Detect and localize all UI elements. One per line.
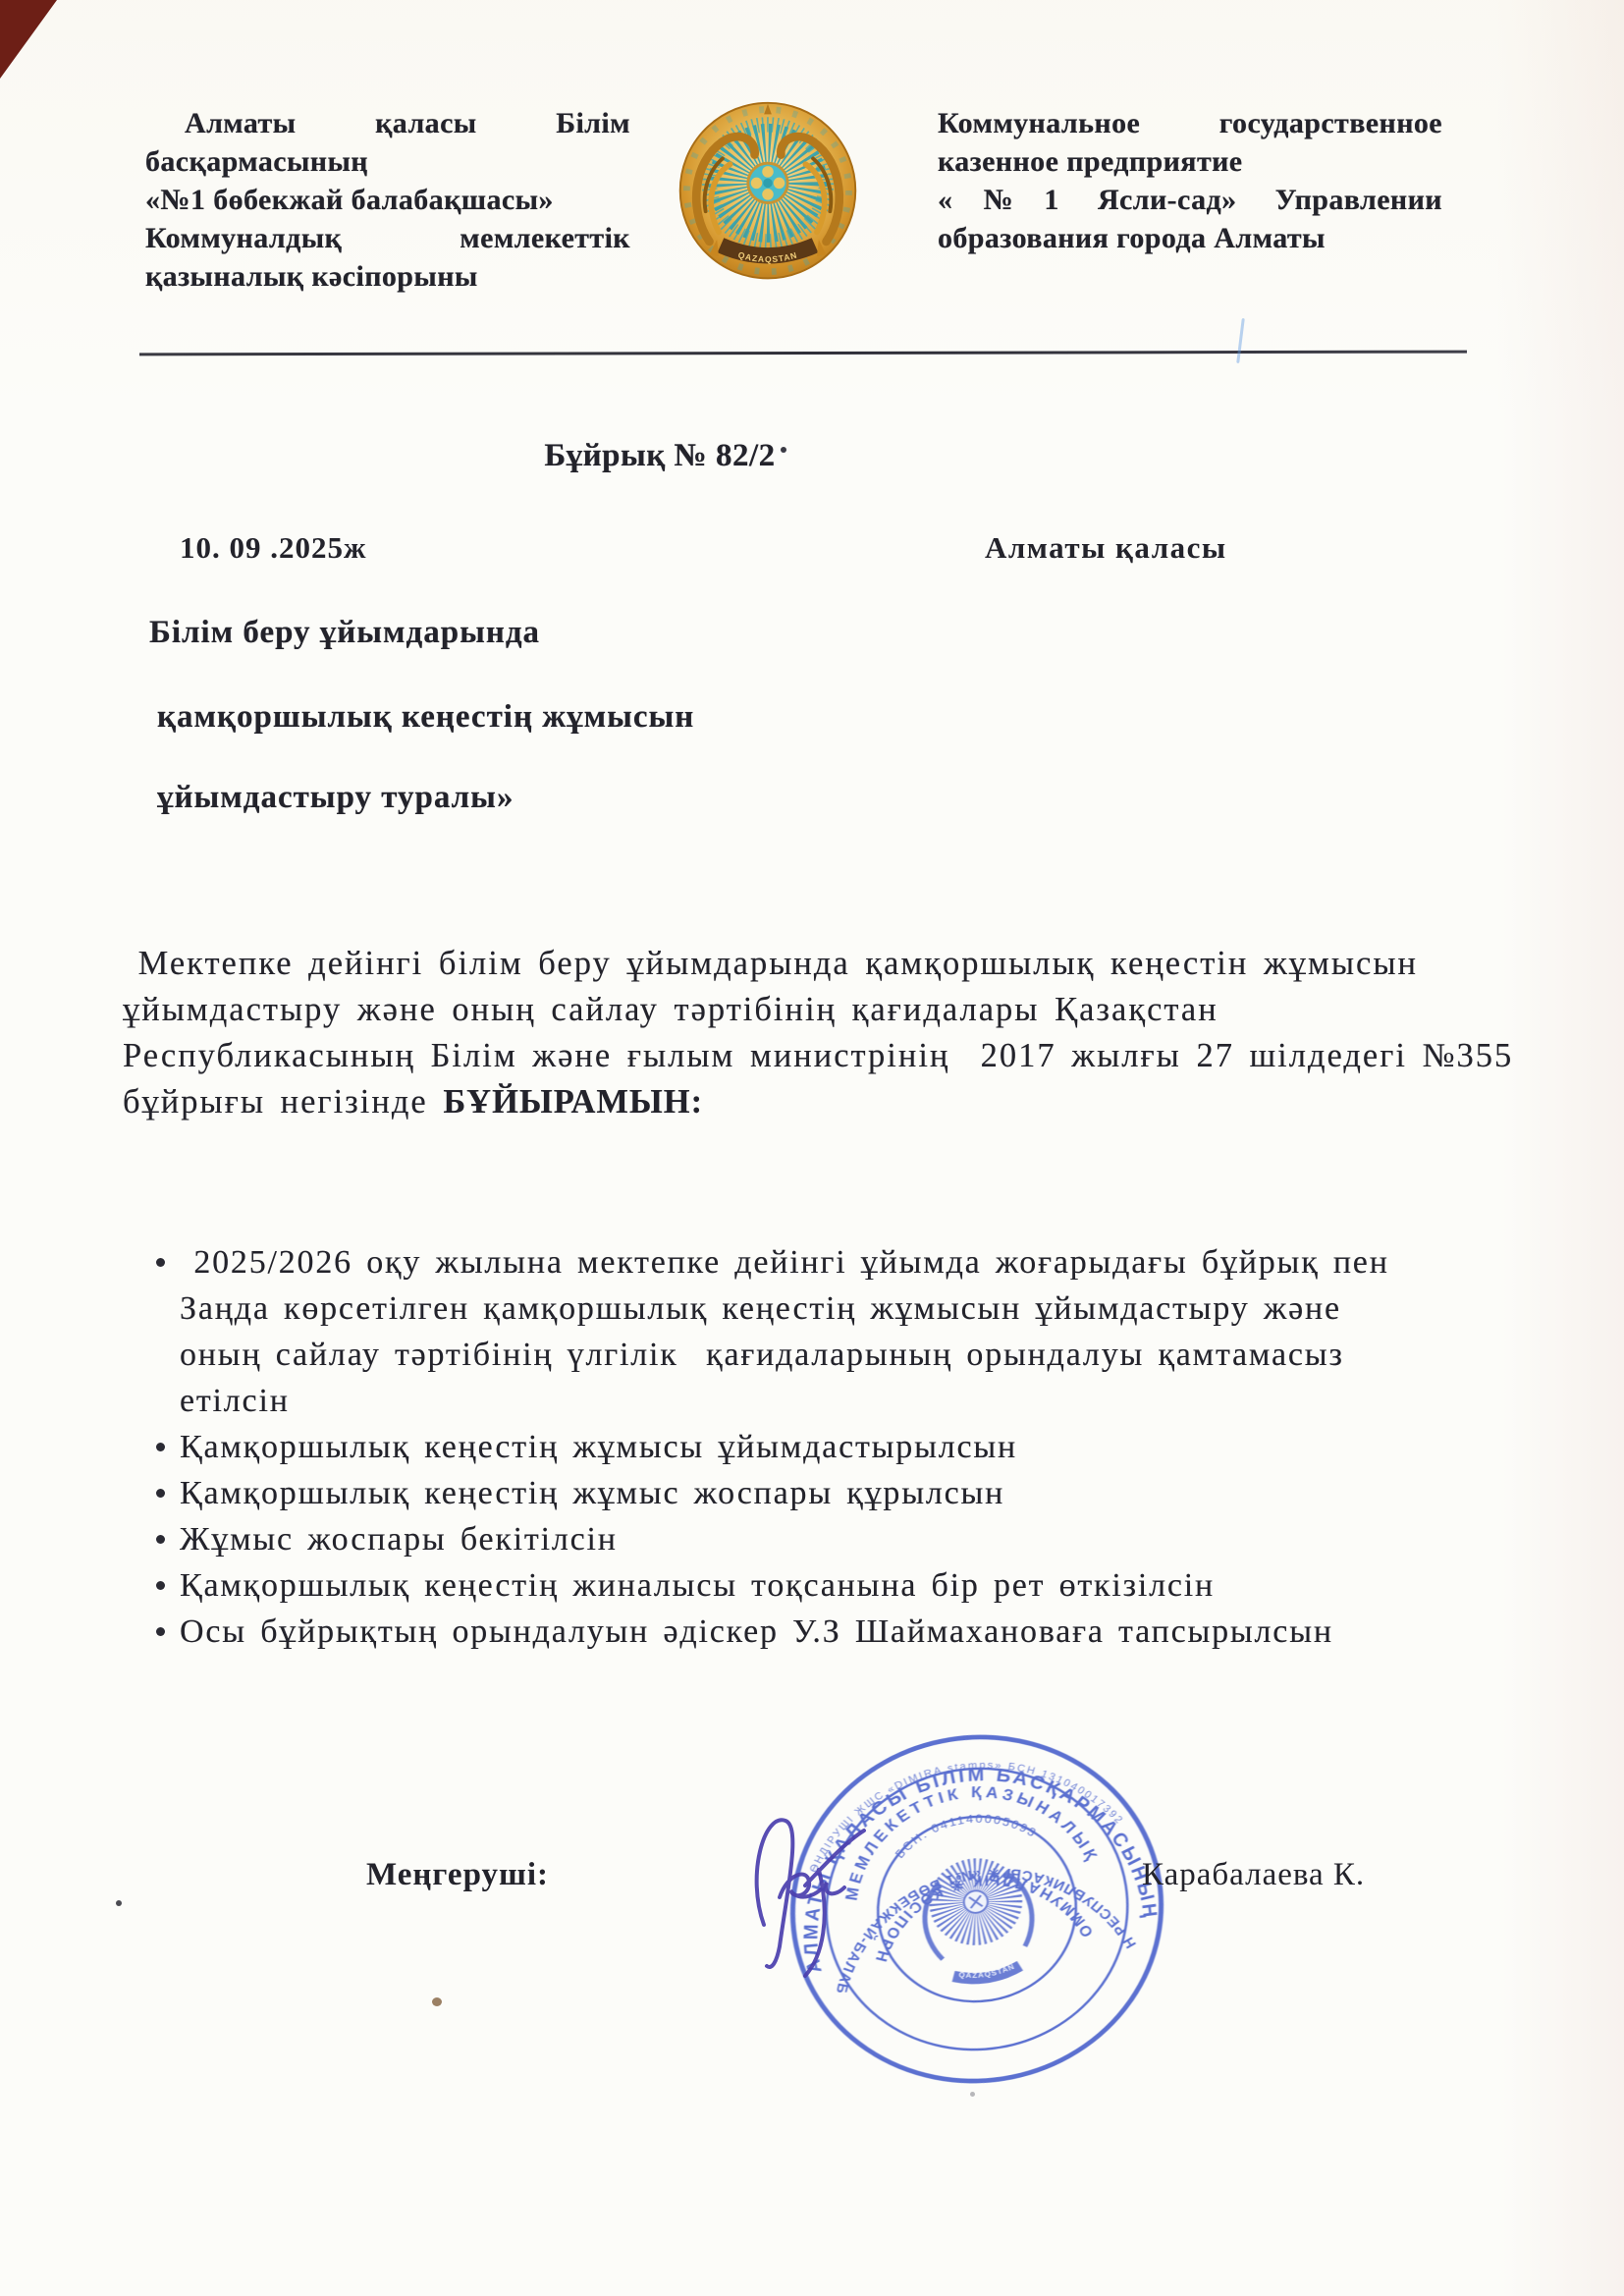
list-item: Қамқоршылық кеңестің жұмыс жоспары құрыл… [123, 1470, 1527, 1516]
kazakhstan-coat-of-arms-icon: QAZAQSTAN [674, 96, 862, 289]
list-item: Қамқоршылық кеңестің жиналысы тоқсанына … [123, 1562, 1527, 1609]
order-items-list: 2025/2026 оқу жылына мектепке дейінгі ұй… [123, 1239, 1527, 1655]
order-keyword: БҰЙЫРАМЫН: [443, 1083, 703, 1121]
bullet-icon [156, 1627, 165, 1636]
handwritten-signature-ink [734, 1799, 950, 1995]
scanned-order-document: Алматы қаласы Білім басқармасының «№1 бө… [0, 0, 1624, 2296]
order-preamble: Мектепке дейінгі білім беру ұйымдарында … [123, 941, 1527, 1125]
scan-pen-scratch [1236, 318, 1245, 363]
org-line: Коммуналдық мемлекеттік [145, 219, 630, 257]
org-line: Алматы қаласы Білім [145, 104, 630, 142]
order-subject-line: Білім беру ұйымдарында [149, 615, 540, 651]
order-subject-line: қамқоршылық кеңестің жұмысын [157, 699, 694, 736]
preamble-line: ұйымдастыру және оның сайлау тәртібінің … [123, 987, 1527, 1033]
preamble-line: Мектепке дейінгі білім беру ұйымдарында … [123, 941, 1527, 987]
bullet-icon [156, 1535, 165, 1544]
letterhead-russian: Коммунальное государственное казенное пр… [938, 104, 1442, 257]
org-line: Коммунальное государственное [938, 104, 1442, 142]
bullet-icon [156, 1258, 165, 1267]
order-title: Бұйрық № 82/2 [147, 438, 1172, 474]
org-line: казенное предприятие [938, 142, 1442, 181]
list-item: 2025/2026 оқу жылына мектепке дейінгі ұй… [123, 1239, 1527, 1424]
order-subject-line: ұйымдастыру туралы» [157, 780, 514, 816]
org-line: «№1 Ясли-сад» Управлении [938, 181, 1442, 219]
preamble-line: бұйрығы негізінде БҰЙЫРАМЫН: [123, 1079, 1527, 1125]
letterhead-kazakh: Алматы қаласы Білім басқармасының «№1 бө… [145, 104, 630, 296]
ink-speck [116, 1900, 122, 1906]
list-item: Осы бұйрықтың орындалуын әдіскер У.З Шай… [123, 1609, 1527, 1655]
preamble-line: Республикасының Білім және ғылым министр… [123, 1033, 1527, 1079]
scan-tint-right [1496, 0, 1624, 2296]
order-date: 10. 09 .2025ж [180, 530, 366, 566]
bullet-icon [156, 1581, 165, 1590]
org-line: «№1 бөбекжай балабақшасы» [145, 181, 630, 219]
org-line: қазыналық кәсіпорыны [145, 257, 630, 296]
org-line: басқармасының [145, 142, 630, 181]
list-item: Қамқоршылық кеңестің жұмысы ұйымдастырыл… [123, 1424, 1527, 1470]
order-city: Алматы қаласы [985, 530, 1227, 566]
page-corner-fold [0, 0, 57, 79]
paper-speck [432, 1997, 442, 2006]
bullet-icon [156, 1489, 165, 1498]
org-line: образования города Алматы [938, 219, 1442, 257]
ink-speck [781, 447, 786, 453]
list-item: Жұмыс жоспары бекітілсін [123, 1516, 1527, 1562]
letterhead-divider-line [139, 351, 1467, 356]
signer-role-label: Меңгеруші: [366, 1857, 549, 1893]
signer-name: Карабалаева К. [1142, 1857, 1365, 1893]
bullet-icon [156, 1443, 165, 1451]
